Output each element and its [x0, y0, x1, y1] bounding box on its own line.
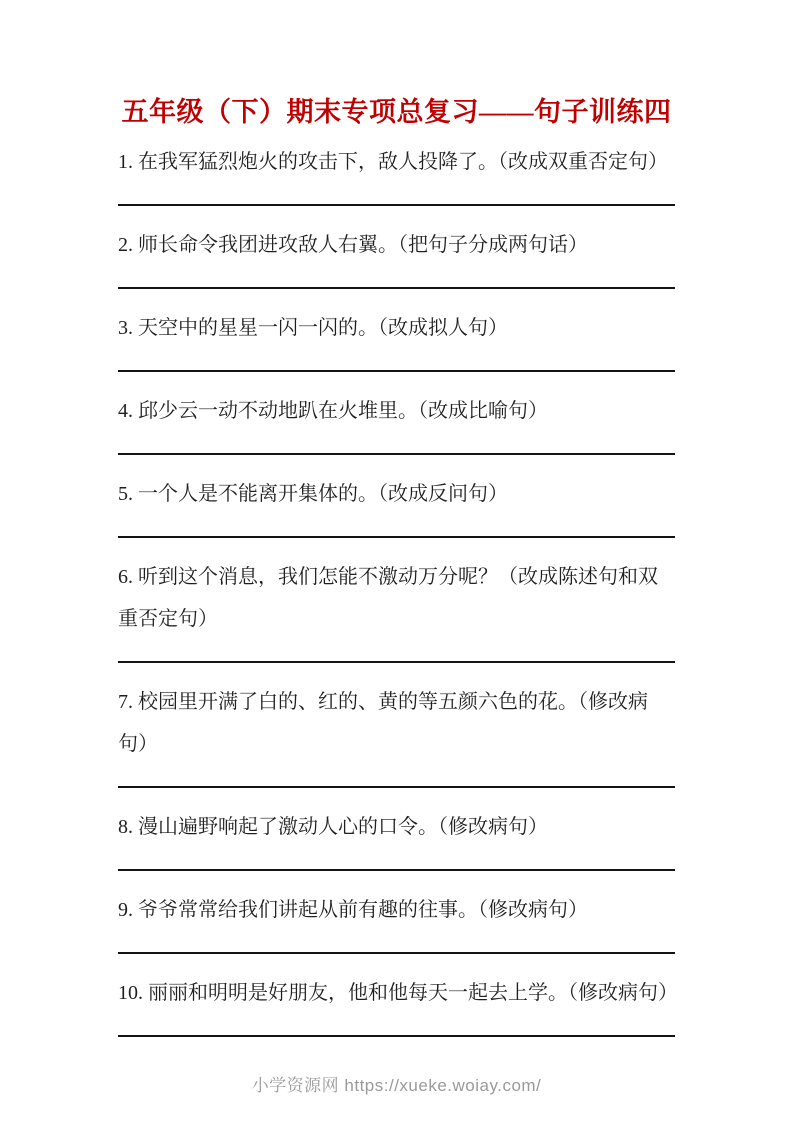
answer-line — [118, 869, 675, 871]
page-title: 五年级（下）期末专项总复习——句子训练四 — [118, 92, 675, 132]
answer-line — [118, 204, 675, 206]
question-text: 1. 在我军猛烈炮火的攻击下，敌人投降了。（改成双重否定句） — [118, 141, 675, 183]
answer-line — [118, 453, 675, 455]
question-text: 2. 师长命令我团进攻敌人右翼。（把句子分成两句话） — [118, 224, 675, 266]
worksheet-content: 五年级（下）期末专项总复习——句子训练四 1. 在我军猛烈炮火的攻击下，敌人投降… — [0, 0, 793, 1037]
question-text: 4. 邱少云一动不动地趴在火堆里。（改成比喻句） — [118, 390, 675, 432]
question-text: 3. 天空中的星星一闪一闪的。（改成拟人句） — [118, 307, 675, 349]
question-item: 3. 天空中的星星一闪一闪的。（改成拟人句） — [118, 307, 675, 372]
question-text: 5. 一个人是不能离开集体的。（改成反问句） — [118, 473, 675, 515]
answer-line — [118, 786, 675, 788]
answer-line — [118, 370, 675, 372]
question-text: 6. 听到这个消息，我们怎能不激动万分呢？（改成陈述句和双重否定句） — [118, 556, 675, 640]
question-item: 2. 师长命令我团进攻敌人右翼。（把句子分成两句话） — [118, 224, 675, 289]
answer-line — [118, 1035, 675, 1037]
question-item: 1. 在我军猛烈炮火的攻击下，敌人投降了。（改成双重否定句） — [118, 141, 675, 206]
question-item: 4. 邱少云一动不动地趴在火堆里。（改成比喻句） — [118, 390, 675, 455]
question-item: 7. 校园里开满了白的、红的、黄的等五颜六色的花。（修改病句） — [118, 681, 675, 788]
question-item: 8. 漫山遍野响起了激动人心的口令。（修改病句） — [118, 806, 675, 871]
answer-line — [118, 287, 675, 289]
question-item: 9. 爷爷常常给我们讲起从前有趣的往事。（修改病句） — [118, 889, 675, 954]
question-text: 8. 漫山遍野响起了激动人心的口令。（修改病句） — [118, 806, 675, 848]
question-item: 5. 一个人是不能离开集体的。（改成反问句） — [118, 473, 675, 538]
question-text: 10. 丽丽和明明是好朋友，他和他每天一起去上学。（修改病句） — [118, 972, 675, 1014]
question-text: 7. 校园里开满了白的、红的、黄的等五颜六色的花。（修改病句） — [118, 681, 675, 765]
worksheet-page: 五年级（下）期末专项总复习——句子训练四 1. 在我军猛烈炮火的攻击下，敌人投降… — [0, 0, 793, 1122]
question-text: 9. 爷爷常常给我们讲起从前有趣的往事。（修改病句） — [118, 889, 675, 931]
question-item: 6. 听到这个消息，我们怎能不激动万分呢？（改成陈述句和双重否定句） — [118, 556, 675, 663]
answer-line — [118, 536, 675, 538]
footer-watermark: 小学资源网 https://xueke.woiay.com/ — [0, 1071, 793, 1096]
question-item: 10. 丽丽和明明是好朋友，他和他每天一起去上学。（修改病句） — [118, 972, 675, 1037]
answer-line — [118, 952, 675, 954]
answer-line — [118, 661, 675, 663]
